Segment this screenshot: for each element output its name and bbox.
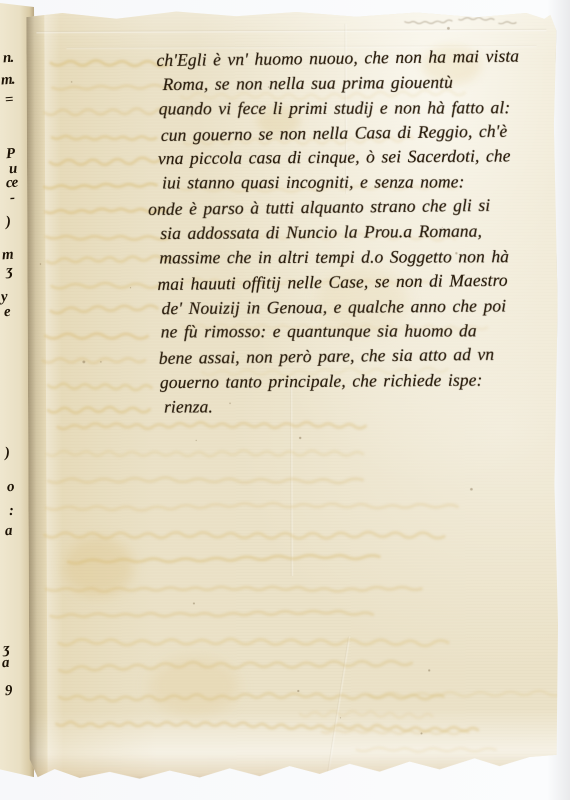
gutter-ink-mark: m. [0, 72, 15, 90]
manuscript-page: ch'Egli è vn' huomo nuouo, che non ha ma… [26, 5, 559, 781]
text-line: sia addossata di Nuncio la Prou.a Romana… [160, 223, 482, 243]
gutter-ink-mark: - [9, 190, 14, 207]
text-line: iui stanno quasi incogniti, e senza nome… [162, 174, 464, 193]
text-line: ne fù rimosso: e quantunque sia huomo da [161, 323, 477, 342]
text-line: rienza. [164, 398, 213, 416]
text-line: Roma, se non nella sua prima giouentù [163, 74, 453, 94]
text-line: ch'Egli è vn' huomo nuouo, che non ha ma… [156, 48, 519, 70]
text-line: bene assai, non però pare, che sia atto … [159, 346, 495, 368]
text-line: de' Nouizij in Genoua, e qualche anno ch… [162, 297, 507, 317]
gutter-ink-mark: = [4, 92, 13, 109]
text-line: massime che in altri tempi d.o Soggetto … [159, 248, 509, 267]
gutter-ink-mark: o [6, 479, 14, 496]
text-line: onde è parso à tutti alquanto strano che… [148, 197, 490, 219]
gutter-ink-mark: ʒ [5, 263, 12, 280]
gutter-ink-mark: n. [2, 50, 13, 68]
text-line: cun gouerno se non nella Casa di Reggio,… [161, 122, 508, 144]
gutter-ink-mark: ) [5, 214, 10, 231]
text-line: vna piccola casa di cinque, ò sei Sacerd… [158, 148, 511, 168]
gutter-ink-mark: a [4, 523, 12, 540]
gutter-ink-mark: ) [4, 445, 9, 462]
gutter-ink-mark: a [1, 655, 9, 672]
deckle-edge-tint [30, 753, 560, 781]
text-line: mai hauuti offitij nelle Case, se non di… [157, 271, 507, 293]
text-line: quando vi fece li primi studij e non hà … [159, 99, 511, 118]
gutter-ink-mark: e [3, 304, 10, 321]
gutter-ink-mark: m [1, 247, 13, 265]
letter-body: ch'Egli è vn' huomo nuouo, che non ha ma… [26, 5, 559, 781]
document-scan: n.m.=Puce-)mʒye)o:aʒa9 ch'Egli è vn' huo… [0, 0, 570, 800]
text-line: gouerno tanto principale, che richiede i… [160, 372, 483, 392]
gutter-ink-mark: 9 [4, 683, 12, 700]
gutter-ink-mark: : [8, 503, 13, 520]
